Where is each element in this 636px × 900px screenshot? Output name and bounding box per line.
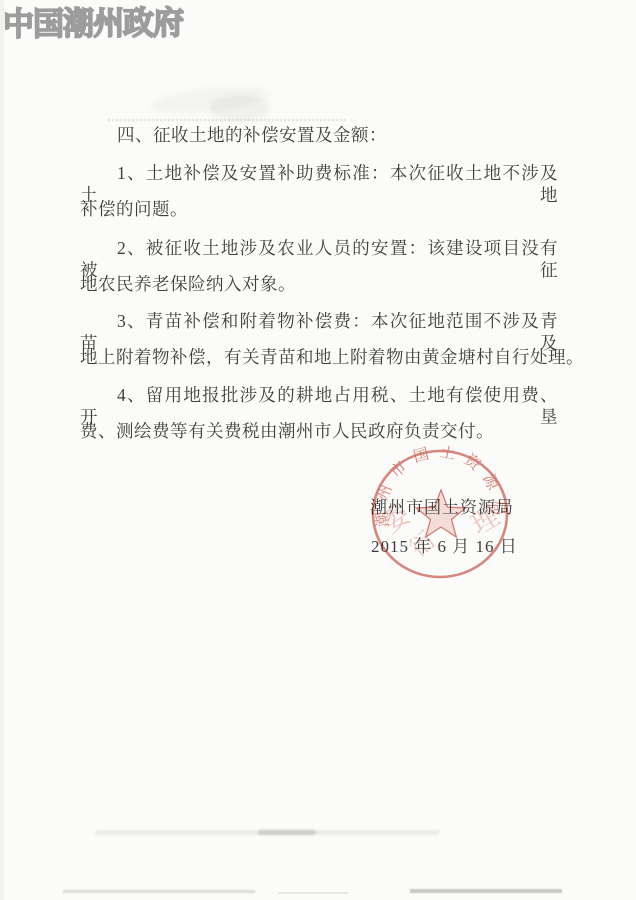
body-line: 费、测绘费等有关费税由潮州市人民政府负责交付。 [80, 420, 558, 442]
scan-artifact [210, 95, 270, 121]
scan-artifact [108, 119, 346, 121]
body-line: 补偿的问题。 [80, 198, 558, 220]
scan-artifact [95, 830, 440, 835]
seal-faint-char: 衍 [405, 526, 441, 562]
scan-artifact [278, 892, 348, 894]
scanned-document-page: 中国潮州政府 四、征收土地的补偿安置及金额： 1、土地补偿及安置补助费标准：本次… [0, 0, 636, 900]
body-line: 地上附着物补偿，有关青苗和地上附着物由黄金塘村自行处理。 [80, 346, 558, 368]
scan-edge-shadow [0, 0, 4, 900]
scan-artifact [149, 82, 271, 118]
scan-artifact [258, 830, 316, 835]
official-seal: 潮州市国土资源局 委 衍 理 [366, 446, 518, 586]
body-line: 地农民养老保险纳入对象。 [80, 273, 558, 295]
scan-artifact [63, 890, 255, 893]
scan-artifact [410, 889, 562, 893]
section-heading: 四、征收土地的补偿安置及金额： [80, 124, 558, 146]
government-watermark: 中国潮州政府 [3, 3, 183, 44]
